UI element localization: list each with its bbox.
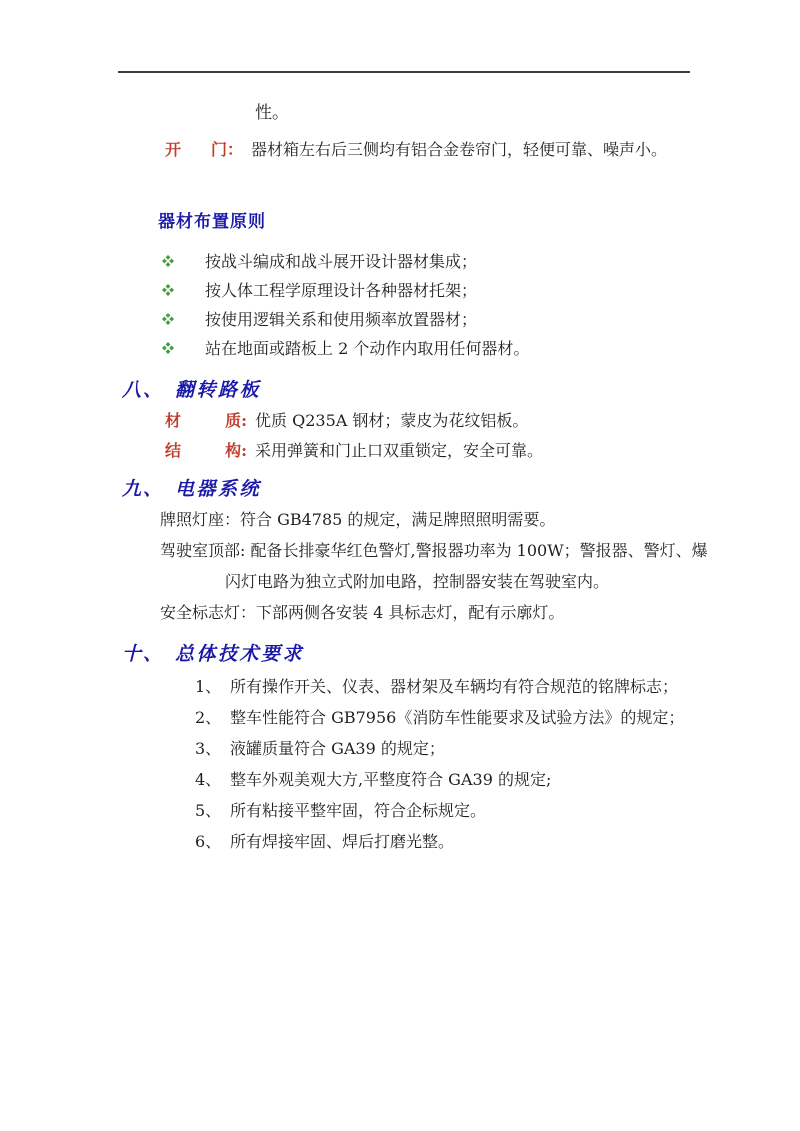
item-text: 所有操作开关、仪表、器材架及车辆均有符合规范的铭牌标志；	[230, 671, 678, 702]
principles-heading: 器材布置原则	[158, 211, 738, 233]
material-label: 材质:	[165, 406, 247, 436]
section-9-number: 九、	[122, 478, 164, 501]
bullet-icon-box	[118, 343, 205, 353]
open-door-text: 器材箱左右后三侧均有铝合金卷帘门，轻便可靠、噪声小。	[251, 140, 667, 159]
requirements-list: 1、 所有操作开关、仪表、器材架及车辆均有符合规范的铭牌标志； 2、 整车性能符…	[118, 671, 738, 857]
item-number: 3、	[195, 733, 230, 764]
bullet-icon-box	[118, 256, 205, 266]
bullet-item: 按人体工程学原理设计各种器材托架；	[118, 275, 738, 304]
plate-light-line: 牌照灯座：符合 GB4785 的规定，满足牌照照明需要。	[160, 504, 738, 535]
material-text: 优质 Q235A 钢材；蒙皮为花纹铝板。	[255, 411, 528, 430]
bullet-text: 按使用逻辑关系和使用频率放置器材；	[205, 307, 477, 330]
document-content: 性。 开门：器材箱左右后三侧均有铝合金卷帘门，轻便可靠、噪声小。 器材布置原则 …	[118, 0, 738, 857]
item-number: 1、	[195, 671, 230, 702]
bullet-item: 按战斗编成和战斗展开设计器材集成；	[118, 246, 738, 275]
document-page: 性。 开门：器材箱左右后三侧均有铝合金卷帘门，轻便可靠、噪声小。 器材布置原则 …	[0, 0, 800, 1131]
safety-light-line: 安全标志灯：下部两侧各安装 4 具标志灯，配有示廓灯。	[160, 597, 738, 628]
diamond-bullet-icon	[162, 283, 174, 295]
bullet-icon-box	[118, 285, 205, 295]
diamond-bullet-icon	[162, 312, 174, 324]
material-line: 材质:优质 Q235A 钢材；蒙皮为花纹铝板。	[165, 406, 738, 436]
bullet-text: 站在地面或踏板上 2 个动作内取用任何器材。	[205, 336, 529, 359]
item-number: 5、	[195, 795, 230, 826]
item-text: 所有焊接牢固、焊后打磨光整。	[230, 826, 454, 857]
material-label-char1: 材	[165, 406, 181, 436]
list-item: 3、 液罐质量符合 GA39 的规定；	[118, 733, 738, 764]
bullet-item: 按使用逻辑关系和使用频率放置器材；	[118, 304, 738, 333]
list-item: 5、 所有粘接平整牢固，符合企标规定。	[118, 795, 738, 826]
principles-bullet-list: 按战斗编成和战斗展开设计器材集成； 按人体工程学原理设计各种器材托架； 按使用逻…	[118, 246, 738, 362]
section-8-number: 八、	[122, 379, 164, 402]
section-10-title: 总体技术要求	[175, 643, 304, 665]
structure-label-char2: 构:	[225, 436, 247, 466]
material-label-char2: 质:	[225, 406, 247, 436]
open-door-label: 开门：	[165, 139, 243, 161]
list-item: 4、 整车外观美观大方,平整度符合 GA39 的规定;	[118, 764, 738, 795]
section-10-heading: 十、总体技术要求	[122, 643, 738, 666]
structure-line: 结构:采用弹簧和门止口双重锁定，安全可靠。	[165, 436, 738, 466]
list-item: 6、 所有焊接牢固、焊后打磨光整。	[118, 826, 738, 857]
bullet-icon-box	[118, 314, 205, 324]
item-number: 2、	[195, 702, 230, 733]
structure-label: 结构:	[165, 436, 247, 466]
item-text: 液罐质量符合 GA39 的规定；	[230, 733, 445, 764]
cab-roof-continuation-line: 闪灯电路为独立式附加电路，控制器安装在驾驶室内。	[225, 566, 738, 597]
item-number: 4、	[195, 764, 230, 795]
bullet-text: 按人体工程学原理设计各种器材托架；	[205, 278, 477, 301]
item-text: 所有粘接平整牢固，符合企标规定。	[230, 795, 486, 826]
item-number: 6、	[195, 826, 230, 857]
bullet-text: 按战斗编成和战斗展开设计器材集成；	[205, 249, 477, 272]
section-9-title: 电器系统	[175, 478, 261, 500]
diamond-bullet-icon	[162, 341, 174, 353]
section-8-heading: 八、翻转路板	[122, 379, 738, 402]
cab-roof-line: 驾驶室顶部: 配备长排豪华红色警灯,警报器功率为 100W；警报器、警灯、爆	[160, 535, 738, 566]
continuation-line: 性。	[255, 103, 738, 123]
item-text: 整车外观美观大方,平整度符合 GA39 的规定;	[230, 764, 551, 795]
open-door-line: 开门：器材箱左右后三侧均有铝合金卷帘门，轻便可靠、噪声小。	[165, 139, 738, 161]
open-door-label-char2: 门：	[211, 139, 243, 161]
structure-label-char1: 结	[165, 436, 181, 466]
section-8-body: 材质:优质 Q235A 钢材；蒙皮为花纹铝板。 结构:采用弹簧和门止口双重锁定，…	[118, 406, 738, 466]
item-text: 整车性能符合 GB7956《消防车性能要求及试验方法》的规定；	[230, 702, 684, 733]
bullet-item: 站在地面或踏板上 2 个动作内取用任何器材。	[118, 333, 738, 362]
list-item: 1、 所有操作开关、仪表、器材架及车辆均有符合规范的铭牌标志；	[118, 671, 738, 702]
list-item: 2、 整车性能符合 GB7956《消防车性能要求及试验方法》的规定；	[118, 702, 738, 733]
structure-text: 采用弹簧和门止口双重锁定，安全可靠。	[255, 441, 543, 460]
section-8-title: 翻转路板	[175, 379, 261, 401]
section-9-body: 牌照灯座：符合 GB4785 的规定，满足牌照照明需要。 驾驶室顶部: 配备长排…	[118, 504, 738, 628]
section-9-heading: 九、电器系统	[122, 478, 738, 501]
open-door-label-char1: 开	[165, 139, 181, 161]
section-10-number: 十、	[122, 643, 164, 666]
diamond-bullet-icon	[162, 254, 174, 266]
